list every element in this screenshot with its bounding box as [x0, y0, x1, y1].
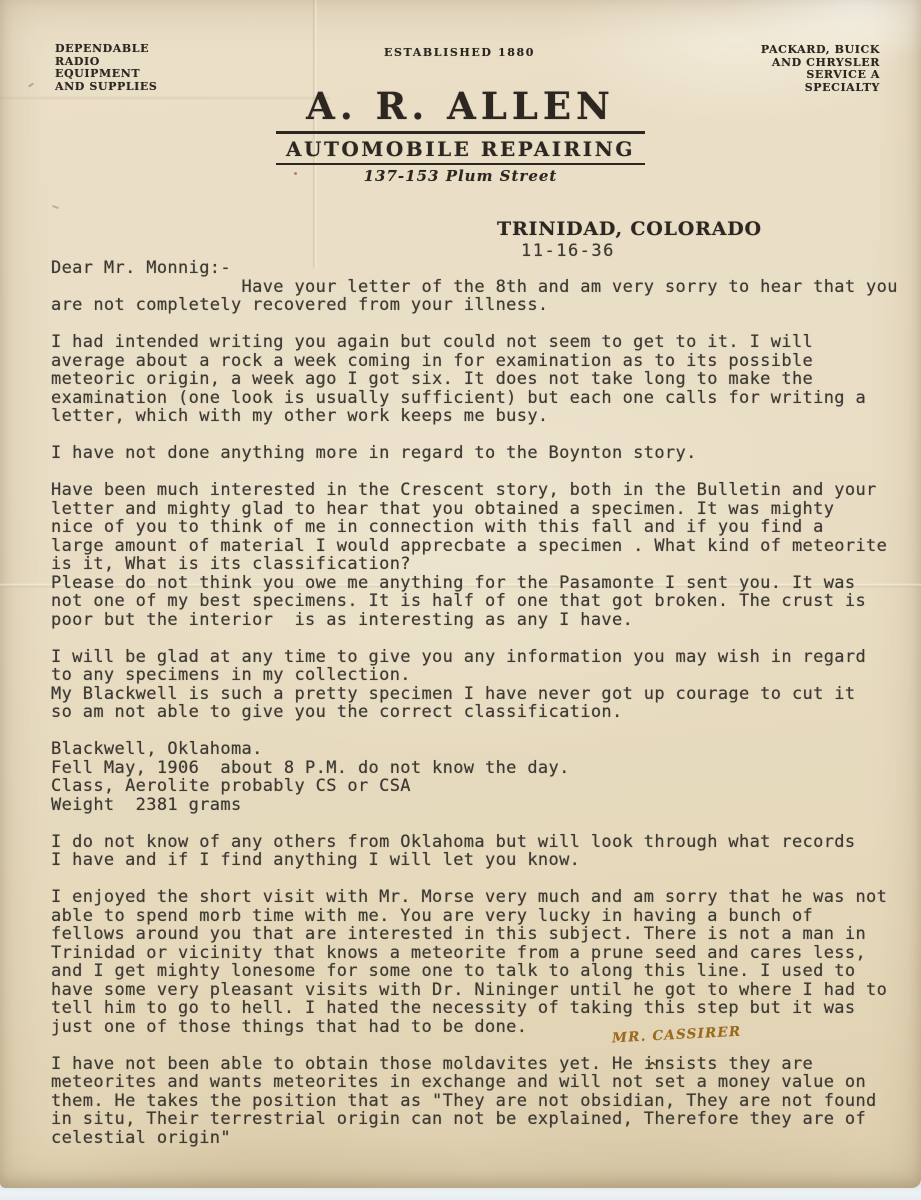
company-tagline: AUTOMOBILE REPAIRING — [276, 131, 645, 165]
typed-date: 11-16-36 — [521, 241, 615, 261]
city-state-line: TRINIDAD, COLORADO — [497, 218, 762, 240]
street-address: 137-153 Plum Street — [0, 167, 921, 185]
insertion-caret-mark: ^ — [648, 1060, 657, 1074]
pencil-speck — [52, 205, 59, 209]
company-name: A. R. ALLEN — [0, 84, 921, 128]
company-tagline-band: AUTOMOBILE REPAIRING — [0, 131, 921, 165]
scanned-letter-page: DEPENDABLE RADIO EQUIPMENT AND SUPPLIES … — [0, 0, 921, 1200]
letter-paper: DEPENDABLE RADIO EQUIPMENT AND SUPPLIES … — [0, 0, 921, 1188]
letter-body-text: Dear Mr. Monnig:- Have your letter of th… — [51, 259, 898, 1147]
